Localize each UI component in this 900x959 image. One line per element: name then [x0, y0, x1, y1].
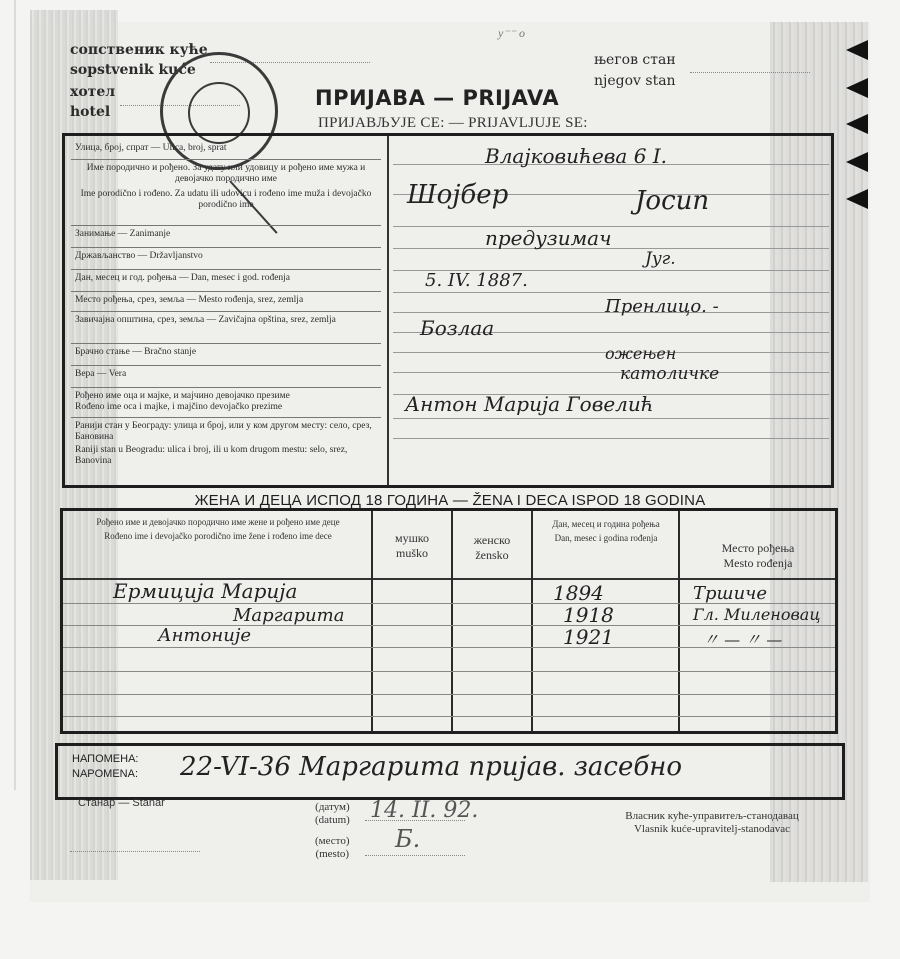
header-text-cyr: женско — [453, 533, 531, 548]
margin-triangle-icon — [846, 78, 868, 98]
place-label: (место) (mesto) — [315, 835, 350, 861]
column-divider — [387, 136, 389, 485]
label-text-cyr: Ранији стан у Београду: улица и број, ил… — [75, 421, 377, 443]
label-text-lat: Ime porodično i rođeno. Za udatu ili udo… — [75, 189, 377, 211]
value-street: Влајковићева 6 I. — [485, 144, 667, 168]
margin-triangle-icon — [846, 152, 868, 172]
ruled-line — [63, 694, 835, 695]
header-text-lat: muško — [373, 546, 451, 561]
tenant-signature-line — [70, 851, 200, 852]
label-text-cyr: Име породично и рођено. За удату или удо… — [75, 163, 377, 185]
ruled-line — [63, 671, 835, 672]
hotel-label-lat: hotel — [70, 104, 110, 120]
label-text: Место рођења, срез, земља — Mesto rođenj… — [75, 295, 303, 305]
place-label-cyr: (место) — [315, 835, 350, 848]
ruled-line — [393, 438, 829, 439]
margin-triangle-icon — [846, 189, 868, 209]
owner-label-cyr: сопственик куће — [70, 42, 208, 58]
ruled-line — [63, 716, 835, 717]
value-first-name: Јосип — [635, 186, 709, 216]
col-header-birth-place: Место рођења Mesto rođenja — [683, 541, 833, 571]
owner-signature-label-cyr: Власник куће-управитељ-станодавац — [592, 810, 832, 823]
value-religion: католичке — [620, 364, 719, 384]
date-value: 14. II. 92. — [370, 798, 478, 823]
form-title: ПРИЈАВА — PRIJAVA — [315, 86, 559, 110]
place-label-lat: (mesto) — [315, 848, 350, 861]
section-title-wife-children: ЖЕНА И ДЕЦА ИСПОД 18 ГОДИНА — ŽENA I DEC… — [70, 492, 830, 509]
value-home-municipality: Бозлаа — [420, 316, 494, 340]
header-text-cyr: Рођено име и девојачко породично име жен… — [73, 517, 363, 528]
label-text: Улица, број, спрат — Ulica, broj, sprat — [75, 143, 227, 153]
field-label-citizenship: Држављанство — Državljanstvo — [71, 248, 381, 270]
scan-edge — [14, 0, 16, 790]
ruled-line — [393, 292, 829, 293]
margin-triangle-icon — [846, 114, 868, 134]
corner-mark: у⁻⁻ о — [498, 26, 525, 41]
label-text-lat: Rođeno ime oca i majke, i majčino devoja… — [75, 402, 377, 413]
header-text-lat: Dan, mesec i godina rođenja — [541, 533, 671, 544]
label-text: Држављанство — Državljanstvo — [75, 251, 203, 261]
col-header-birth-date: Дан, месец и година рођења Dan, mesec i … — [541, 519, 671, 544]
margin-triangle-icon — [846, 40, 868, 60]
hotel-label-cyr: хотел — [70, 84, 115, 100]
wife-children-table: Рођено име и девојачко породично име жен… — [60, 508, 838, 734]
col-header-name: Рођено име и девојачко породично име жен… — [73, 517, 363, 542]
value-birthplace: Пренлицо. - — [605, 296, 719, 317]
child-name-1: Ермиција Марија — [113, 579, 297, 603]
field-label-occupation: Занимање — Zanimanje — [71, 226, 381, 248]
label-text: Брачно стање — Bračno stanje — [75, 347, 196, 357]
ruled-line — [393, 372, 829, 373]
field-label-marital-status: Брачно стање — Bračno stanje — [71, 344, 381, 366]
header-text-cyr: мушко — [373, 531, 451, 546]
col-header-male: мушко muško — [373, 531, 451, 561]
value-surname: Шојбер — [407, 180, 508, 210]
remark-value: 22-VI-36 Маргарита пријав. засебно — [180, 752, 682, 782]
field-label-previous-address: Ранији стан у Београду: улица и број, ил… — [71, 418, 381, 474]
value-parents: Антон Марија Говелић — [405, 392, 654, 416]
col-header-female: женско žensko — [453, 533, 531, 563]
form-subtitle: ПРИЈАВЉУЈЕ СЕ: — PRIJAVLJUJE SE: — [318, 115, 588, 132]
field-label-parents: Рођено име оца и мајке, и мајчино девоја… — [71, 388, 381, 418]
label-text: Занимање — Zanimanje — [75, 229, 170, 239]
child-year-2: 1918 — [563, 603, 614, 627]
label-text-lat: Raniji stan u Beogradu: ulica i broj, il… — [75, 445, 377, 467]
owner-signature-label: Власник куће-управитељ-станодавац Vlasni… — [592, 810, 832, 836]
personal-data-box: Улица, број, спрат — Ulica, broj, sprat … — [62, 133, 834, 488]
place-line — [365, 855, 465, 856]
flat-label-cyr: његов стан — [594, 52, 676, 68]
field-label-name: Име породично и рођено. За удату или удо… — [71, 160, 381, 226]
label-text: Дан, месец и год. рођења — Dan, mesec i … — [75, 273, 290, 283]
remark-label: НАПОМЕНА: NAPOMENA: — [72, 752, 138, 782]
date-label: (датум) (datum) — [315, 801, 350, 827]
value-citizenship: Југ. — [645, 249, 676, 269]
col-divider — [678, 511, 680, 731]
child-name-2: Маргарита — [233, 605, 344, 626]
date-label-cyr: (датум) — [315, 801, 350, 814]
remark-label-lat: NAPOMENA: — [72, 767, 138, 782]
flat-line — [690, 72, 810, 73]
label-text: Завичајна општина, срез, земља — Zavičaj… — [75, 315, 336, 325]
header-text-lat: žensko — [453, 548, 531, 563]
col-divider — [531, 511, 533, 731]
field-label-birthdate: Дан, месец и год. рођења — Dan, mesec i … — [71, 270, 381, 292]
value-birthdate: 5. IV. 1887. — [425, 270, 528, 291]
field-label-street: Улица, број, спрат — Ulica, broj, sprat — [71, 140, 381, 160]
header-text-lat: Mesto rođenja — [683, 556, 833, 571]
child-name-3: Антоније — [158, 625, 251, 646]
field-label-religion: Вера — Vera — [71, 366, 381, 388]
place-value: Б. — [395, 825, 420, 853]
label-text: Вера — Vera — [75, 369, 126, 379]
header-text-cyr: Дан, месец и година рођења — [541, 519, 671, 530]
flat-label-lat: njegov stan — [594, 73, 676, 89]
field-label-birthplace: Место рођења, срез, земља — Mesto rođenj… — [71, 292, 381, 312]
child-place-1: Тршиче — [693, 583, 767, 604]
label-text-cyr: Рођено име оца и мајке, и мајчино девоја… — [75, 391, 377, 402]
date-label-lat: (datum) — [315, 814, 350, 827]
remark-label-cyr: НАПОМЕНА: — [72, 752, 138, 767]
value-marital-status: ожењен — [605, 344, 676, 363]
header-text-cyr: Место рођења — [683, 541, 833, 556]
value-occupation: предузимач — [485, 226, 612, 250]
field-label-home-municipality: Завичајна општина, срез, земља — Zavičaj… — [71, 312, 381, 344]
child-year-1: 1894 — [553, 581, 604, 605]
ruled-line — [393, 418, 829, 419]
tenant-label: Станар — Stanar — [78, 797, 165, 809]
child-year-3: 1921 — [563, 625, 614, 649]
child-place-2: Гл. Миленовац — [693, 605, 820, 624]
header-text-lat: Rođeno ime i devojačko porodično ime žen… — [73, 531, 363, 542]
child-place-3: 〃 — 〃 — — [703, 627, 782, 650]
owner-signature-label-lat: Vlasnik kuće-upravitelj-stanodavac — [592, 823, 832, 836]
